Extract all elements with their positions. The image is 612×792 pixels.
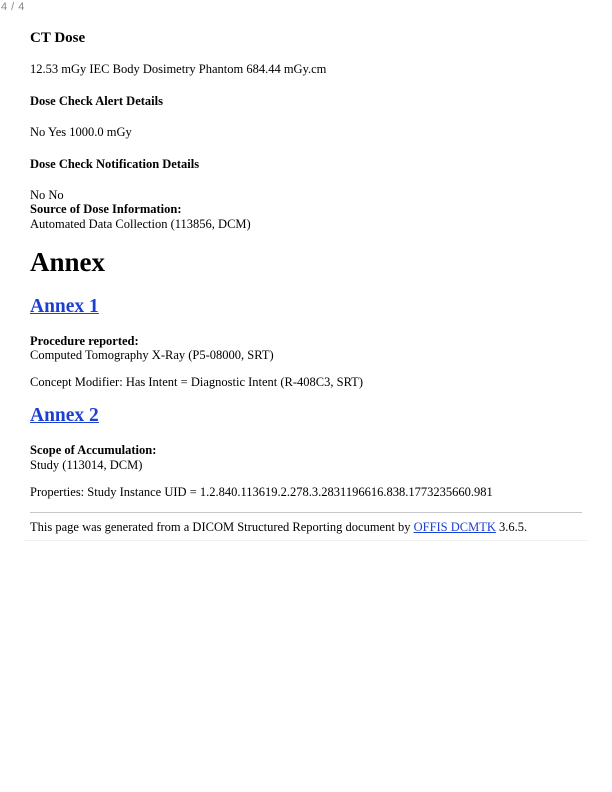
annex-1-heading[interactable]: Annex 1 xyxy=(30,296,99,318)
scope-of-accumulation-value: Study (113014, DCM) xyxy=(30,458,142,473)
procedure-reported-label: Procedure reported: xyxy=(30,334,139,349)
dose-check-alert-heading: Dose Check Alert Details xyxy=(30,94,163,109)
footer-text-before: This page was generated from a DICOM Str… xyxy=(30,520,414,534)
scope-of-accumulation-label: Scope of Accumulation: xyxy=(30,443,156,458)
dose-check-notification-values: No No xyxy=(30,188,64,203)
ct-dose-values: 12.53 mGy IEC Body Dosimetry Phantom 684… xyxy=(30,62,326,77)
footer-text: This page was generated from a DICOM Str… xyxy=(30,520,527,535)
annex-1-link[interactable]: Annex 1 xyxy=(30,296,99,317)
page-indicator: 4 / 4 xyxy=(1,1,25,13)
offis-dcmtk-link[interactable]: OFFIS DCMTK xyxy=(414,520,496,534)
dose-check-alert-values: No Yes 1000.0 mGy xyxy=(30,125,132,140)
footer-text-after: 3.6.5. xyxy=(496,520,527,534)
procedure-reported-value: Computed Tomography X-Ray (P5-08000, SRT… xyxy=(30,348,274,363)
annex-2-link[interactable]: Annex 2 xyxy=(30,405,99,426)
study-instance-uid: Properties: Study Instance UID = 1.2.840… xyxy=(30,485,493,500)
ct-dose-heading: CT Dose xyxy=(30,30,85,47)
annex-heading: Annex xyxy=(30,247,105,278)
source-of-dose-label: Source of Dose Information: xyxy=(30,202,182,217)
dose-check-notification-heading: Dose Check Notification Details xyxy=(30,157,199,172)
source-of-dose-value: Automated Data Collection (113856, DCM) xyxy=(30,217,251,232)
annex-2-heading[interactable]: Annex 2 xyxy=(30,405,99,427)
concept-modifier: Concept Modifier: Has Intent = Diagnosti… xyxy=(30,375,363,390)
